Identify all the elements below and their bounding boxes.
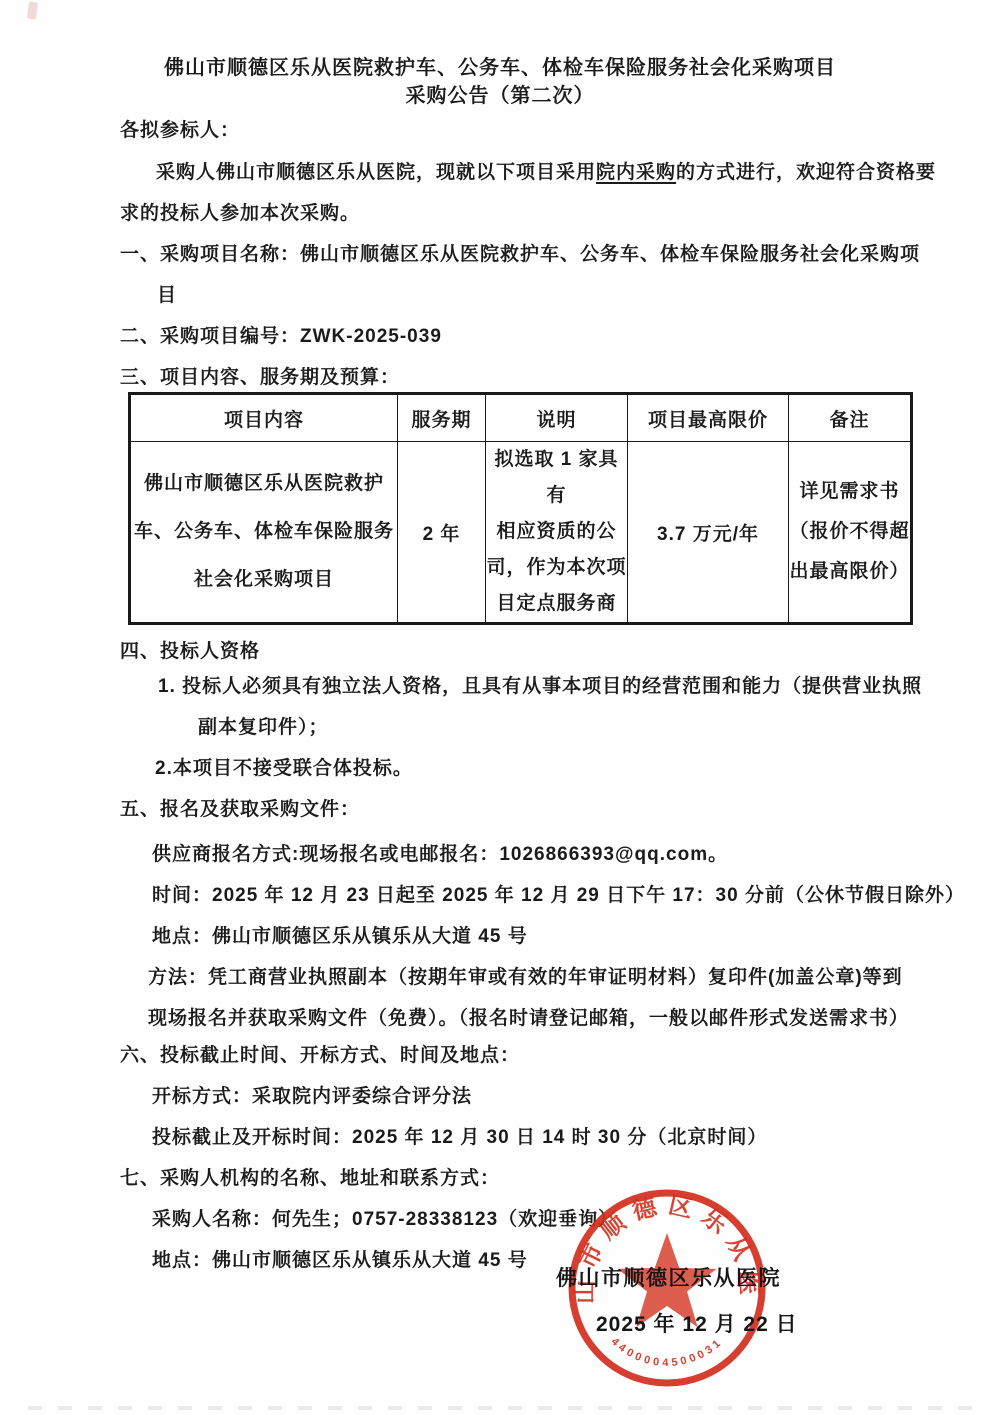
section-5-location: 地点：佛山市顺德区乐从镇乐从大道 45 号 xyxy=(152,916,1000,957)
cell-max-price: 3.7 万元/年 xyxy=(628,442,789,624)
cell-project-content: 佛山市顺德区乐从医院救护 车、公务车、体检车保险服务 社会化采购项目 xyxy=(130,442,398,624)
salutation: 各拟参标人： xyxy=(120,118,1000,144)
underlined-procurement-method: 院内采购 xyxy=(596,162,676,183)
intro-paragraph: 采购人佛山市顺德区乐从医院，现就以下项目采用院内采购的方式进行，欢迎符合资格要 … xyxy=(120,152,970,234)
section-4-item-2: 2.本项目不接受联合体投标。 xyxy=(155,748,1000,789)
svg-text:4400004500031: 4400004500031 xyxy=(609,1336,726,1369)
section-6-deadline: 投标截止及开标时间：2025 年 12 月 30 日 14 时 30 分（北京时… xyxy=(152,1117,1000,1158)
intro-text-before: 采购人佛山市顺德区乐从医院，现就以下项目采用 xyxy=(156,162,596,183)
section-4-item-1: 1. 投标人必须具有独立法人资格，且具有从事本项目的经营范围和能力（提供营业执照… xyxy=(158,666,1000,748)
section-5-method: 方法：凭工商营业执照副本（按期年审或有效的年审证明材料）复印件(加盖公章)等到 … xyxy=(148,957,1000,1039)
cell-description: 拟选取 1 家具有 相应资质的公 司，作为本次项 目定点服务商 xyxy=(486,442,628,624)
stamp-date: 2025 年 12 月 22 日 xyxy=(596,1308,798,1338)
official-seal: 佛山市顺德区乐从医院 4400004500031 佛山市顺德区乐从医院 2025… xyxy=(552,1184,787,1399)
section-2-heading: 二、采购项目编号：ZWK-2025-039 xyxy=(120,316,980,357)
table-row: 佛山市顺德区乐从医院救护 车、公务车、体检车保险服务 社会化采购项目 2 年 拟… xyxy=(130,442,912,624)
cell-remarks: 详见需求书 （报价不得超 出最高限价） xyxy=(789,442,912,624)
header-description: 说明 xyxy=(486,394,628,442)
budget-table: 项目内容 服务期 说明 项目最高限价 备注 佛山市顺德区乐从医院救护 车、公务车… xyxy=(128,392,913,625)
section-6-heading: 六、投标截止时间、开标方式、时间及地点： xyxy=(120,1035,980,1076)
header-project-content: 项目内容 xyxy=(130,394,398,442)
section-7-heading: 七、采购人机构的名称、地址和联系方式： xyxy=(120,1158,980,1199)
cell-service-period: 2 年 xyxy=(398,442,486,624)
section-6-bid-opening-method: 开标方式：采取院内评委综合评分法 xyxy=(152,1076,1000,1117)
table-header-row: 项目内容 服务期 说明 项目最高限价 备注 xyxy=(130,394,912,442)
section-1-heading: 一、采购项目名称：佛山市顺德区乐从医院救护车、公务车、体检车保险服务社会化采购项… xyxy=(120,234,1000,316)
header-service-period: 服务期 xyxy=(398,394,486,442)
section-5-heading: 五、报名及获取采购文件： xyxy=(120,789,980,830)
stamp-org-name: 佛山市顺德区乐从医院 xyxy=(556,1262,781,1292)
header-max-price: 项目最高限价 xyxy=(628,394,789,442)
document-title: 佛山市顺德区乐从医院救护车、公务车、体检车保险服务社会化采购项目 xyxy=(0,0,1000,82)
document-subtitle: 采购公告（第二次） xyxy=(0,82,1000,110)
section-5-time: 时间：2025 年 12 月 23 日起至 2025 年 12 月 29 日下午… xyxy=(152,875,1000,916)
scan-artifact-bottom xyxy=(28,1406,973,1410)
header-remarks: 备注 xyxy=(789,394,912,442)
section-5-registration-method: 供应商报名方式:现场报名或电邮报名：1026866393@qq.com。 xyxy=(152,834,1000,875)
document-page: 佛山市顺德区乐从医院救护车、公务车、体检车保险服务社会化采购项目 采购公告（第二… xyxy=(0,0,1000,1415)
seal-serial-number: 4400004500031 xyxy=(609,1336,726,1369)
